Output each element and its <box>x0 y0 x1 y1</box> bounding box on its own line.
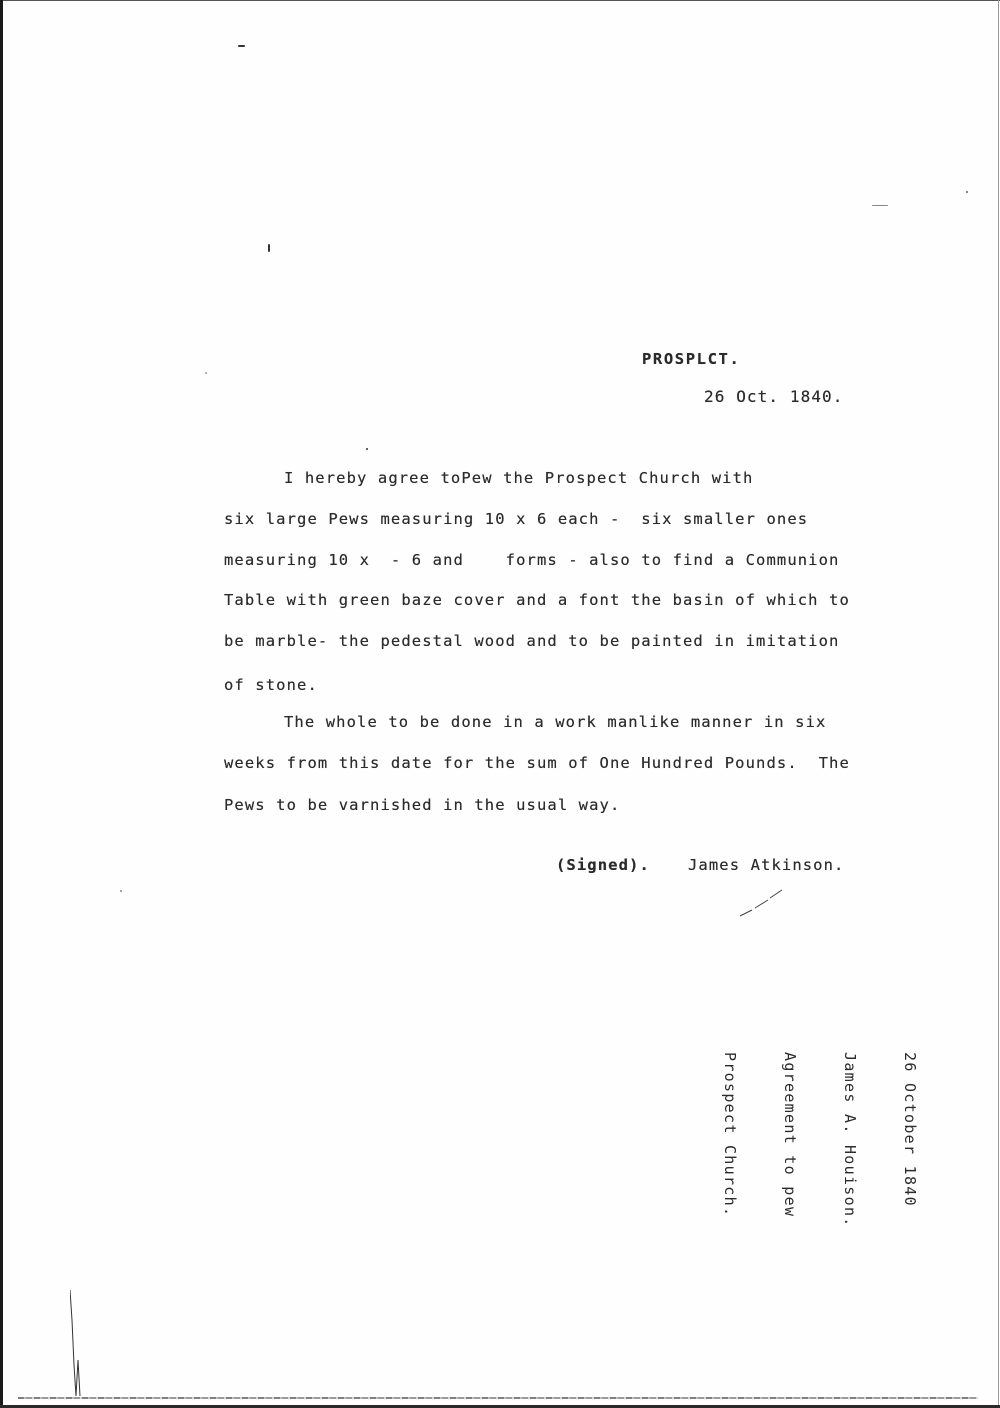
stray-mark <box>268 244 270 252</box>
stray-mark <box>966 191 968 193</box>
endorsement-line: James A. Houison. <box>840 1052 860 1228</box>
signature-name: James Atkinson. <box>688 856 844 874</box>
endorsement-line: 26 October 1840 <box>900 1052 920 1228</box>
place-heading: PROSPLCT. <box>642 350 740 368</box>
endorsement-line: Agreement to pew <box>780 1052 800 1228</box>
signature-prefix: (Signed). <box>556 856 650 874</box>
date-line: 26 Oct. 1840. <box>704 387 844 406</box>
body-line: weeks from this date for the sum of One … <box>224 754 850 772</box>
endorsement-line: Prospect Church. <box>720 1052 740 1228</box>
stray-mark <box>238 45 245 47</box>
signature-flourish <box>738 888 784 920</box>
body-line: of stone. <box>224 676 318 694</box>
fold-mark <box>70 1290 84 1398</box>
stray-mark <box>120 890 122 892</box>
stray-mark <box>205 372 207 374</box>
body-line: The whole to be done in a work manlike m… <box>284 713 826 731</box>
body-line: Pews to be varnished in the usual way. <box>224 796 620 814</box>
stray-mark <box>366 448 368 450</box>
endorsement-note: 26 October 1840 James A. Houison. Agreem… <box>680 1052 960 1228</box>
bottom-rule-line <box>18 1397 978 1399</box>
stray-mark <box>872 205 888 206</box>
document-page: PROSPLCT. 26 Oct. 1840. I hereby agree t… <box>0 0 1000 1408</box>
scan-edge-left <box>0 0 3 1408</box>
body-line: be marble- the pedestal wood and to be p… <box>224 632 839 650</box>
body-line: measuring 10 x - 6 and forms - also to f… <box>224 551 839 569</box>
body-line: six large Pews measuring 10 x 6 each - s… <box>224 510 808 528</box>
scan-edge-top <box>0 0 1000 1</box>
body-line: Table with green baze cover and a font t… <box>224 591 850 609</box>
scan-edge-right <box>998 0 999 1408</box>
body-line: I hereby agree toPew the Prospect Church… <box>284 469 753 487</box>
